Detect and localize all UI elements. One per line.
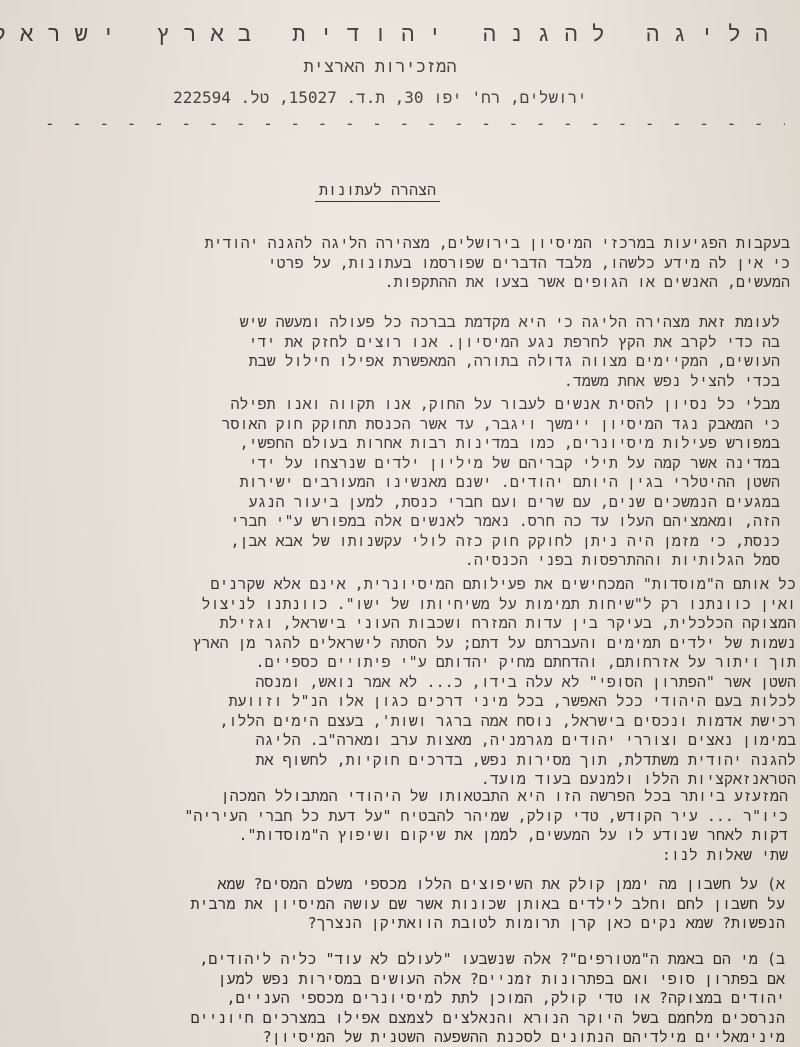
department-name: המזכירות הארצית: [0, 57, 800, 78]
text-line: מינימאליים מילדיהם הנתונים לסכנת ההשפעה …: [25, 1028, 785, 1047]
text-line: יהודים במצוקה? או טדי קולק, המוכן לתת למ…: [25, 989, 785, 1009]
paragraph-4: כל אותם ה"מוסדות" המכחישים את פעילותם המ…: [36, 575, 796, 790]
text-line: בכדי להציל נפש אחת משמד.: [20, 372, 780, 392]
text-line: השטן ההיטלרי בגין היותם יהודים. ישנם מאנ…: [20, 473, 780, 493]
text-line: שתי שאלות לנו:: [28, 846, 788, 866]
text-line: דקות לאחר שנודע לו על המעשים, לממן את שי…: [28, 826, 788, 846]
paragraph-1: בעקבות הפגיעות במרכזי המיסיון בירושלים, …: [30, 234, 790, 293]
text-line: השטן אשר "הפתרון הסופי" לא עלה בידו, כ..…: [36, 673, 796, 693]
paragraph-3: מבלי כל נסיון להסית אנשים לעבור על החוק,…: [20, 395, 780, 571]
document-title-text: הצהרה לעתונות: [315, 181, 440, 202]
text-line: במפורש פעילות מיסיונרים, כמו במדינות רבו…: [20, 434, 780, 454]
text-line: במדינה אשר קמה על תילי קבריהם של מיליון …: [20, 454, 780, 474]
text-line: כי אין לה מידע כלשהו, מלבד הדברים שפורסמ…: [30, 254, 790, 274]
text-line: בעקבות הפגיעות במרכזי המיסיון בירושלים, …: [30, 234, 790, 254]
paragraph-7-question-b: ב) מי הם באמת ה"מטורפים"? אלה שנשבעו "לע…: [25, 950, 785, 1047]
text-line: המזעזע ביותר בכל הפרשה הזו היא התבטאותו …: [28, 787, 788, 807]
text-line: על חשבון לחם וחלב לילדים באותן שכונות אש…: [25, 895, 785, 915]
document-title: הצהרה לעתונות: [0, 181, 800, 200]
text-line: במגעים הנמשכים שנים, עם שרים ועם חברי כנ…: [20, 493, 780, 513]
separator-line: - - - - - - - - - - - - - - - - - - - - …: [45, 114, 785, 133]
text-line: נשמות של ילדים תמימים והעברתם על דתם; על…: [36, 634, 796, 654]
text-line: העושים, המקיימים מצווה גדולה בתורה, המאפ…: [20, 352, 780, 372]
address-line: ירושלים, רח' יפו 30, ת.ד. 15027, טל. 222…: [0, 88, 800, 108]
text-line: המעשים, האנשים או הגופים אשר בצעו את ההת…: [30, 273, 790, 293]
text-line: מבלי כל נסיון להסית אנשים לעבור על החוק,…: [20, 395, 780, 415]
text-line: הזה, ומאמציהם העלו עד כה חרס. נאמר לאנשי…: [20, 512, 780, 532]
text-line: ואין כוונתנו רק ל"שיחות תמימות על משיחיו…: [36, 595, 796, 615]
text-line: סמל הגלותיות וההתרפסות בפני הכנסיה.: [20, 551, 780, 571]
text-line: רכישת אדמות ונכסים בישראל, נוסח אמה ברגר…: [36, 712, 796, 732]
paragraph-5: המזעזע ביותר בכל הפרשה הזו היא התבטאותו …: [28, 787, 788, 865]
text-line: המצוקה הכלכלית, בעיקר בין עדות המזרח ושכ…: [36, 614, 796, 634]
text-line: אם בפתרון סופי ואם בפתרונות זמניים? אלה …: [25, 970, 785, 990]
text-line: א) על חשבון מה יממן קולק את השיפוצים הלל…: [25, 875, 785, 895]
document-page: הליגה להגנה יהודית בארץ ישראל המזכירות ה…: [0, 0, 800, 1047]
text-line: הנפשות? שמא נקים כאן קרן תרומות לטובת הו…: [25, 914, 785, 934]
text-line: כל אותם ה"מוסדות" המכחישים את פעילותם המ…: [36, 575, 796, 595]
paragraph-6-question-a: א) על חשבון מה יממן קולק את השיפוצים הלל…: [25, 875, 785, 934]
text-line: תוך ויתור על אזרחותם, והדחתם מחיק יהדותם…: [36, 653, 796, 673]
text-line: להגנה יהודית משתדלת, תוך מסירות נפש, בדר…: [36, 751, 796, 771]
text-line: כיו"ר ... עיר הקודש, טדי קולק, שמיהר להב…: [28, 807, 788, 827]
text-line: לעומת זאת מצהירה הליגה כי היא מקדמת בברכ…: [20, 313, 780, 333]
organization-name: הליגה להגנה יהודית בארץ ישראל: [22, 22, 782, 48]
text-line: בה כדי לקרב את הקץ לחרפת נגע המיסיון. אנ…: [20, 333, 780, 353]
text-line: הנרסכים מלחמם בשל היוקר הנורא והנאלצים ל…: [25, 1009, 785, 1029]
text-line: לכלות בעם היהודי ככל האפשר, בכל מיני דרכ…: [36, 692, 796, 712]
paragraph-2: לעומת זאת מצהירה הליגה כי היא מקדמת בברכ…: [20, 313, 780, 391]
text-line: במימון נאצים וצוררי יהודים מגרמניה, מאצו…: [36, 731, 796, 751]
text-line: כי המאבק נגד המיסיון יימשך ויגבר, עד אשר…: [20, 415, 780, 435]
text-line: כנסת, כי מזמן היה ניתן לחוקק חוק כזה לול…: [20, 532, 780, 552]
text-line: ב) מי הם באמת ה"מטורפים"? אלה שנשבעו "לע…: [25, 950, 785, 970]
